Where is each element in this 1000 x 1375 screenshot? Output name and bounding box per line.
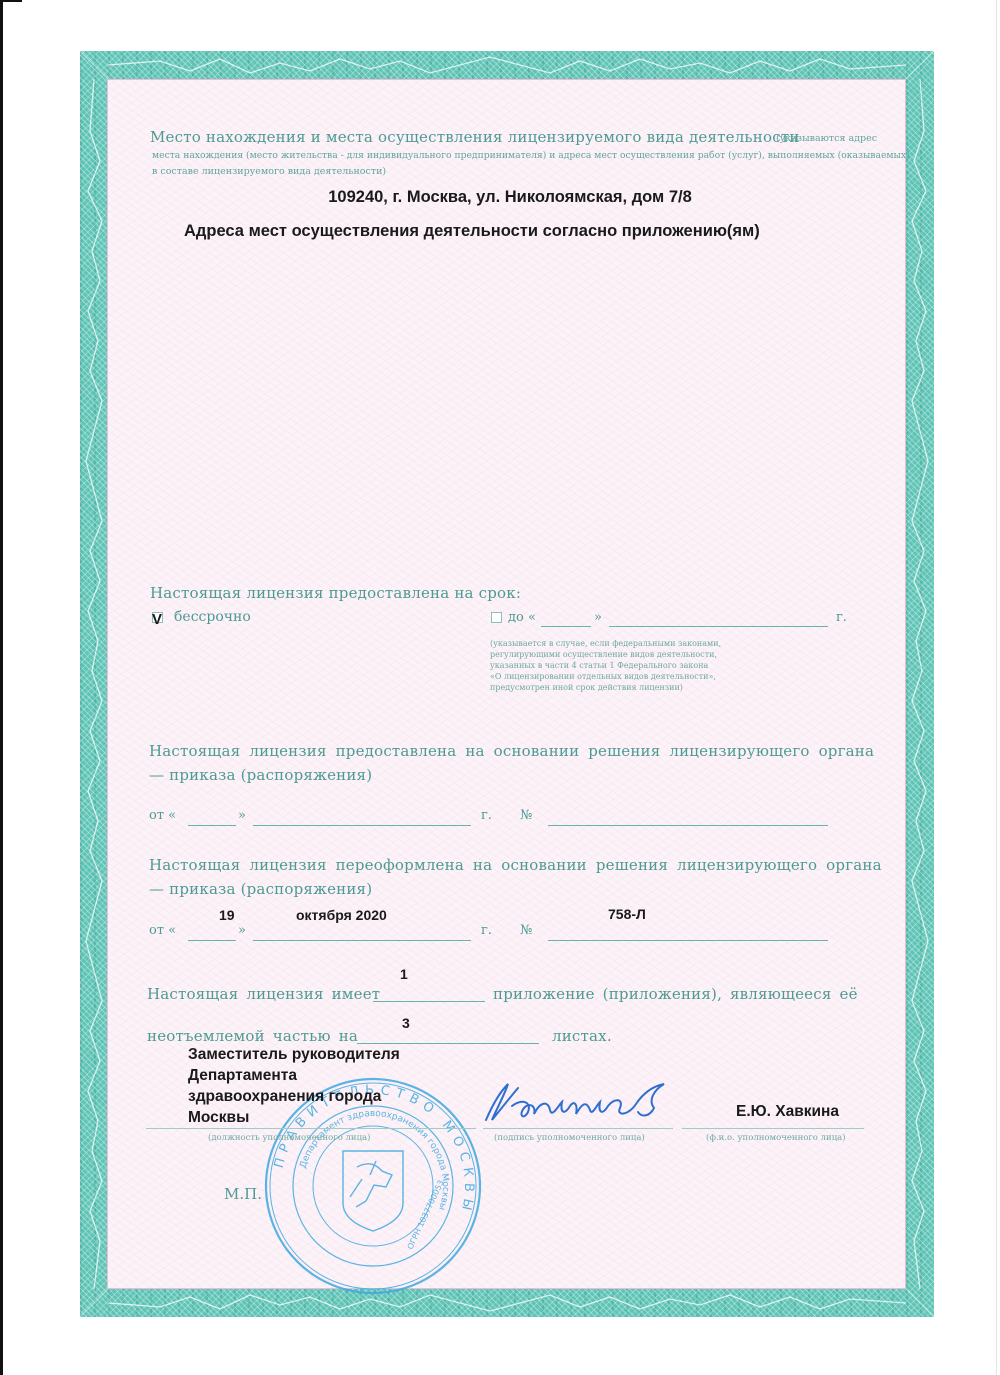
reissue-basis-line2: — приказа (распоряжения)	[149, 880, 372, 898]
until-day-line	[541, 626, 591, 627]
name-line	[682, 1128, 864, 1129]
checkmark-icon: V	[152, 611, 162, 628]
reissue-year-suffix: г.	[481, 923, 492, 938]
grant-number-label: №	[520, 808, 532, 823]
signatory-position-line3: Москвы	[188, 1109, 249, 1127]
activity-places-value: Адреса мест осуществления деятельности с…	[184, 222, 760, 241]
term-note-0: (указывается в случае, если федеральными…	[490, 638, 721, 649]
reissue-from-mid: »	[238, 923, 246, 938]
svg-text:ОГРН 1037700053...: ОГРН 1037700053...	[406, 1172, 449, 1251]
official-stamp: ПРАВИТЕЛЬСТВО МОСКВЫ Департамент здравоо…	[262, 1075, 484, 1297]
appendix-sheets-line	[357, 1043, 539, 1044]
term-note-2: указанных в части 4 статьи 1 Федеральног…	[490, 660, 708, 671]
grant-day-line	[188, 825, 236, 826]
location-note-line1: (указываются адрес	[776, 133, 877, 144]
grant-year-suffix: г.	[481, 808, 492, 823]
unlimited-label: бессрочно	[174, 609, 251, 625]
term-heading: Настоящая лицензия предоставлена на срок…	[150, 584, 521, 602]
address-value: 109240, г. Москва, ул. Николоямская, дом…	[0, 188, 1000, 207]
term-note-3: «О лицензировании отдельных видов деятел…	[490, 671, 716, 682]
caption-signature: (подпись уполномоченного лица)	[494, 1133, 645, 1143]
grant-number-line	[548, 825, 828, 826]
reissue-basis-line1: Настоящая лицензия переоформлена на осно…	[149, 856, 882, 874]
location-note-line3: в составе лицензируемого вида деятельнос…	[152, 166, 386, 177]
term-note-4: предусмотрен иной срок действия лицензии…	[490, 682, 683, 693]
reissue-from-prefix: от «	[149, 923, 176, 938]
reissue-number-value: 758-Л	[608, 906, 646, 922]
until-year-suffix: г.	[836, 610, 847, 625]
grant-from-mid: »	[238, 808, 246, 823]
caption-position: (должность уполномоченного лица)	[208, 1133, 370, 1143]
until-prefix: до «	[508, 610, 536, 625]
grant-date-line	[253, 825, 471, 826]
signatory-position-line2: здравоохранения города	[188, 1088, 381, 1106]
appendix-count-value: 1	[400, 966, 408, 982]
scan-edge-top	[0, 0, 22, 2]
term-note-1: регулирующими осуществление видов деятел…	[490, 649, 717, 660]
location-note-line2: места нахождения (место жительства - для…	[152, 150, 910, 161]
reissue-date-value: октября 2020	[296, 907, 387, 923]
location-heading: Место нахождения и места осуществления л…	[150, 128, 800, 146]
reissue-date-line	[253, 940, 471, 941]
until-checkbox[interactable]	[491, 612, 502, 623]
grant-basis-line1: Настоящая лицензия предоставлена на осно…	[149, 742, 874, 760]
appendix-line2-suffix: листах.	[552, 1027, 612, 1045]
signatory-position-line1: Департамента	[188, 1067, 297, 1085]
signatory-name: Е.Ю. Хавкина	[736, 1103, 839, 1121]
signature-image	[478, 1076, 706, 1126]
signatory-position-line0: Заместитель руководителя	[188, 1046, 400, 1064]
position-line	[146, 1128, 476, 1129]
reissue-day-line	[188, 940, 236, 941]
appendix-line1-prefix: Настоящая лицензия имеет	[147, 985, 380, 1003]
appendix-line1-suffix: приложение (приложения), являющееся её	[493, 985, 858, 1003]
until-date-line	[609, 626, 828, 627]
appendix-sheets-value: 3	[402, 1015, 410, 1031]
reissue-number-line	[548, 940, 828, 941]
reissue-day-value: 19	[219, 907, 235, 923]
appendix-line2-prefix: неотъемлемой частью на	[147, 1027, 358, 1045]
appendix-count-line	[373, 1001, 485, 1002]
caption-name: (ф.и.о. уполномоченного лица)	[706, 1133, 846, 1143]
reissue-number-label: №	[520, 923, 532, 938]
signature-line	[483, 1128, 673, 1129]
grant-basis-line2: — приказа (распоряжения)	[149, 766, 372, 784]
seal-label: М.П.	[224, 1185, 262, 1203]
grant-from-prefix: от «	[149, 808, 176, 823]
until-mid: »	[594, 610, 602, 625]
